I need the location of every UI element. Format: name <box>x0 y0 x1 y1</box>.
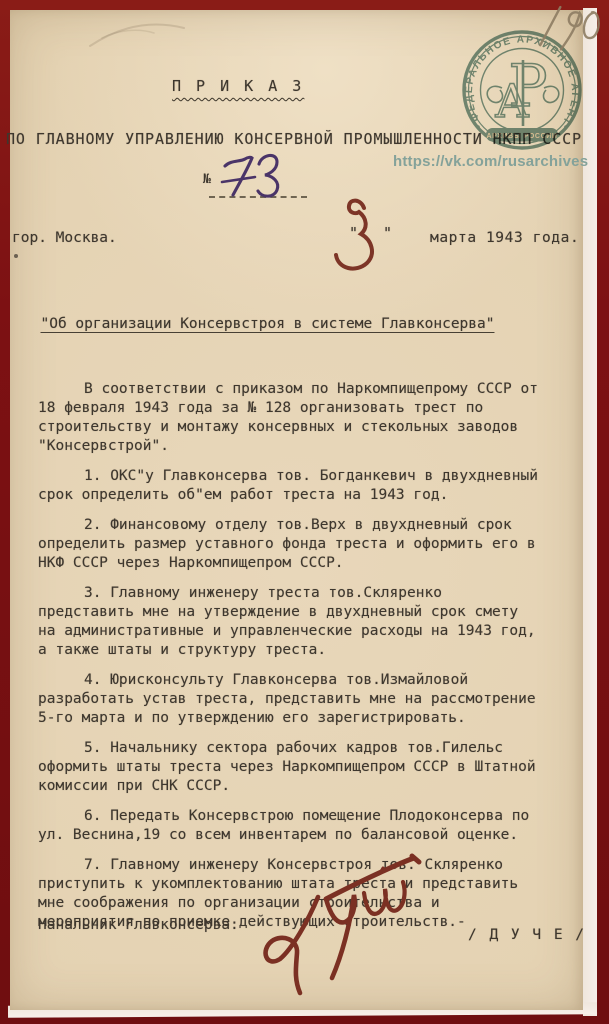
stamp-monogram: Р А <box>487 52 559 128</box>
order-paragraph-2: 2. Финансовому отделу тов.Верх в двухдне… <box>38 516 543 573</box>
pencil-scribble <box>80 8 210 60</box>
stamp-dot-left <box>476 125 480 129</box>
stamp-banner-text: АРХИВЫ РОССИИ <box>486 133 557 140</box>
order-paragraph-5: 5. Начальнику сектора рабочих кадров тов… <box>38 739 543 796</box>
place-line: гор. Москва. <box>12 230 117 246</box>
stamp-dot-right <box>564 125 568 129</box>
signature-name: / Д У Ч Е / <box>468 927 586 943</box>
handwritten-day <box>328 196 380 274</box>
date-quote-close: " <box>383 224 392 242</box>
archive-link: https://vk.com/rusarchives <box>393 153 588 170</box>
order-title: П Р И К А З <box>172 77 304 95</box>
order-paragraph-preamble: В соответствии с приказом по Наркомпищеп… <box>38 380 543 456</box>
handwritten-order-number <box>218 150 302 202</box>
handwritten-signature <box>252 835 437 1005</box>
scanned-order-page: П Р И К А З ПО ГЛАВНОМУ УПРАВЛЕНИЮ КОНСЕ… <box>0 0 609 1024</box>
order-paragraph-4: 4. Юрисконсульту Главконсерва тов.Измайл… <box>38 671 543 728</box>
order-paragraph-1: 1. ОКС"у Главконсерва тов. Богданкевич в… <box>38 467 543 505</box>
order-paragraph-3: 3. Главному инженеру треста тов.Скляренк… <box>38 584 543 660</box>
number-label: № <box>203 172 211 187</box>
pencil-page-number <box>532 2 604 58</box>
signature-label: Начальник Главконсерва: <box>38 917 239 933</box>
date-text: марта 1943 года. <box>430 230 579 246</box>
ink-dot <box>14 254 18 258</box>
subject-line: "Об организации Консервстроя в системе Г… <box>35 316 500 332</box>
